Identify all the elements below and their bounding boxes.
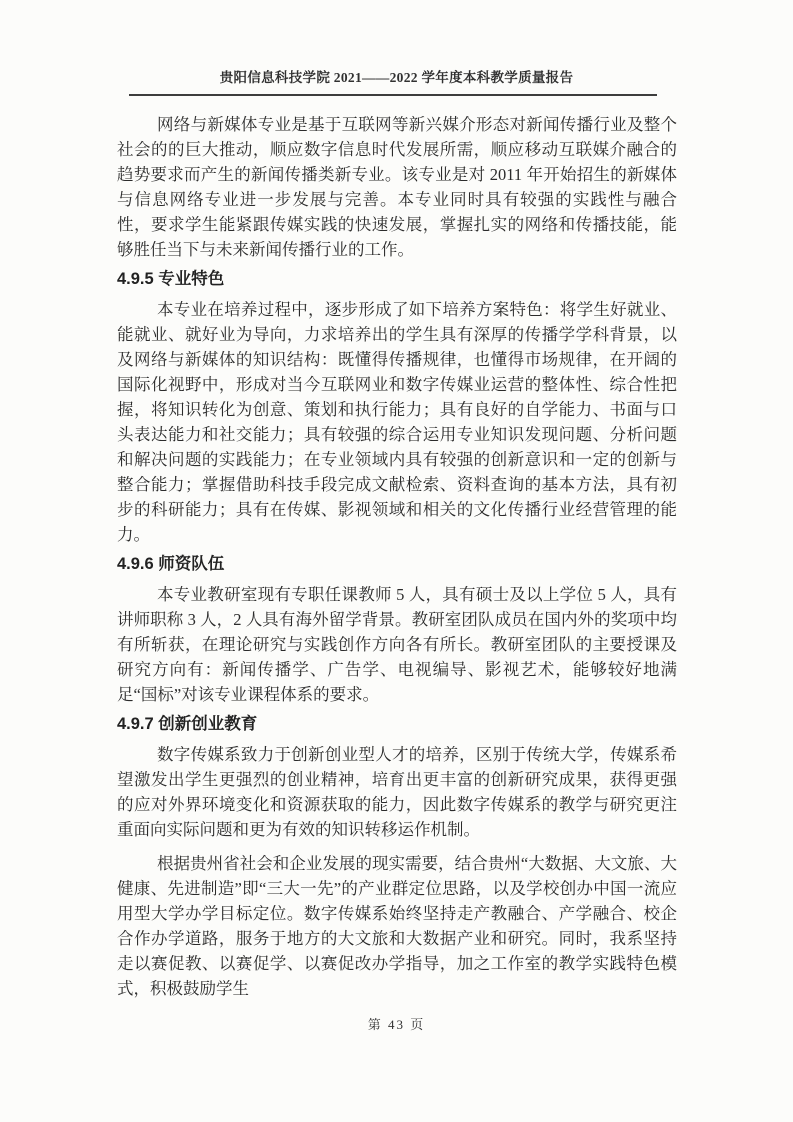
paragraph-innovation-education: 数字传媒系致力于创新创业型人才的培养，区别于传统大学，传媒系希望激发出学生更强烈… (117, 742, 677, 842)
paragraph-faculty-team: 本专业教研室现有专职任课教师 5 人，具有硕士及以上学位 5 人，具有讲师职称 … (117, 582, 677, 707)
section-heading-4-9-5: 4.9.5 专业特色 (117, 267, 677, 292)
section-heading-4-9-7: 4.9.7 创新创业教育 (117, 712, 677, 737)
page-footer: 第 43 页 (0, 1014, 793, 1033)
paragraph-guizhou-strategy: 根据贵州省社会和企业发展的现实需要，结合贵州“大数据、大文旅、大健康、先进制造”… (117, 851, 677, 1001)
document-page: 贵阳信息科技学院 2021——2022 学年度本科教学质量报告 网络与新媒体专业… (0, 0, 793, 1122)
paragraph-major-features: 本专业在培养过程中，逐步形成了如下培养方案特色：将学生好就业、能就业、就好业为导… (117, 297, 677, 547)
section-heading-4-9-6: 4.9.6 师资队伍 (117, 552, 677, 577)
page-number: 第 43 页 (368, 1017, 426, 1032)
header-rule (129, 94, 657, 96)
running-header-title: 贵阳信息科技学院 2021——2022 学年度本科教学质量报告 (0, 66, 793, 86)
paragraph-major-intro: 网络与新媒体专业是基于互联网等新兴媒介形态对新闻传播行业及整个社会的的巨大推动，… (117, 112, 677, 262)
document-body: 网络与新媒体专业是基于互联网等新兴媒介形态对新闻传播行业及整个社会的的巨大推动，… (117, 112, 677, 1001)
